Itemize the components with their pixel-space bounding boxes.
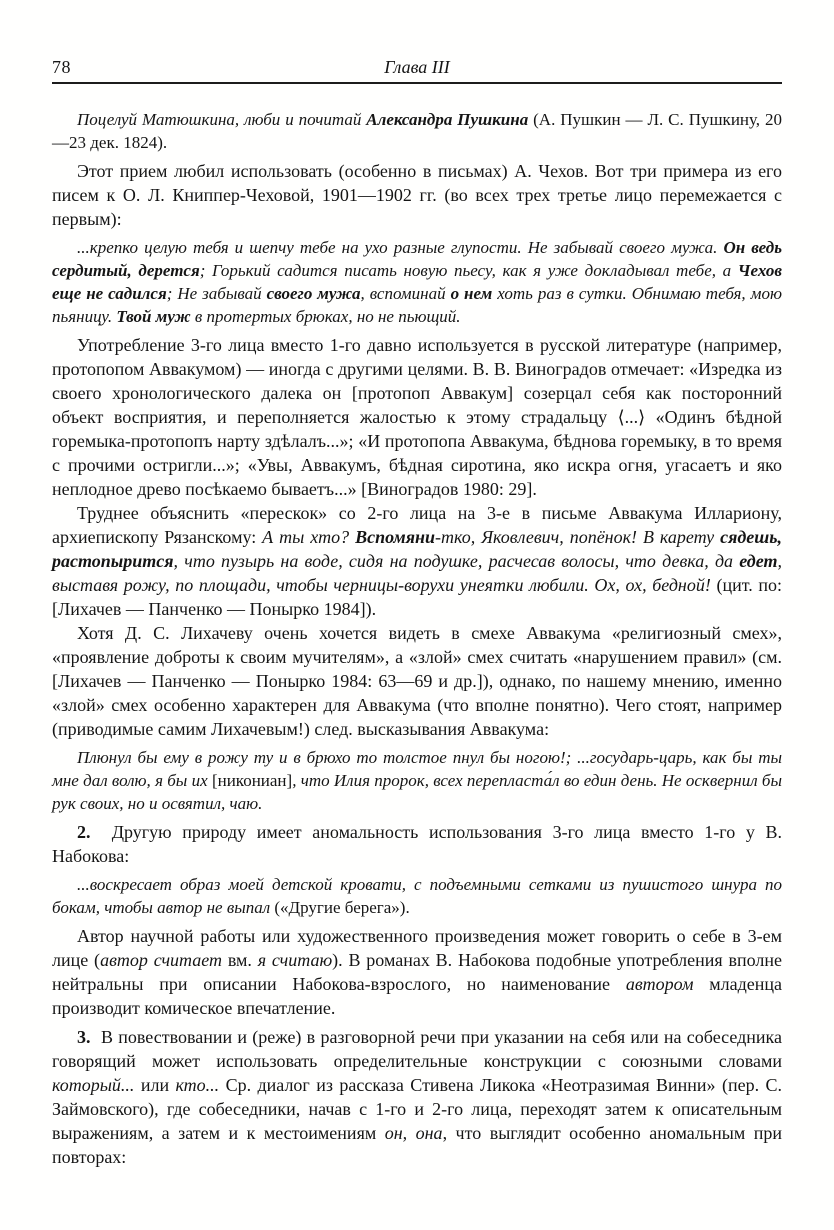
- chapter-title: Глава III: [52, 57, 782, 78]
- text-run: ...крепко целую тебя и шепчу тебе на ухо…: [77, 238, 723, 257]
- text-run: Другую природу имеет аномальность исполь…: [52, 822, 782, 866]
- text-run: Вспомяни: [355, 527, 435, 547]
- text-run: А ты хто?: [262, 527, 355, 547]
- page-body: Поцелуй Матюшкина, люби и почитай Алекса…: [52, 108, 782, 1169]
- text-run: Этот прием любил использовать (особенно …: [52, 161, 782, 229]
- text-run: 3.: [77, 1027, 91, 1047]
- text-run: в протертых брюках, но не пьющий.: [191, 307, 461, 326]
- text-run: автором: [626, 974, 694, 994]
- text-run: едет: [739, 551, 777, 571]
- text-run: Поцелуй Матюшкина, люби и почитай: [77, 110, 366, 129]
- text-run: или: [134, 1075, 175, 1095]
- body-paragraph: 2. Другую природу имеет аномальность исп…: [52, 820, 782, 868]
- body-paragraph: Автор научной работы или художественного…: [52, 924, 782, 1020]
- page-header: 78 Глава III: [52, 60, 782, 84]
- text-run: 2.: [77, 822, 91, 842]
- text-run: -тко, Яковлевич, попёнок! В карету: [435, 527, 720, 547]
- body-paragraph: Труднее объяснить «перескок» со 2-го лиц…: [52, 501, 782, 621]
- text-run: [никониан]: [212, 771, 292, 790]
- text-run: , вспоминай: [361, 284, 451, 303]
- example-quote-paragraph: ...воскресает образ моей детской кровати…: [52, 873, 782, 919]
- body-paragraph: 3. В повествовании и (реже) в разговорно…: [52, 1025, 782, 1169]
- example-quote-paragraph: Поцелуй Матюшкина, люби и почитай Алекса…: [52, 108, 782, 154]
- text-run: ; Горький садится писать новую пьесу, ка…: [200, 261, 738, 280]
- body-paragraph: Употребление 3-го лица вместо 1-го давно…: [52, 333, 782, 501]
- text-run: кто...: [176, 1075, 220, 1095]
- text-run: о нем: [451, 284, 493, 303]
- text-run: В повествовании и (реже) в разговорной р…: [52, 1027, 782, 1071]
- text-run: который...: [52, 1075, 134, 1095]
- body-paragraph: Хотя Д. С. Лихачеву очень хочется видеть…: [52, 621, 782, 741]
- text-run: , что пузырь на воде, сидя на подушке, р…: [174, 551, 740, 571]
- text-run: он, она: [385, 1123, 443, 1143]
- text-run: ; Не забывай: [167, 284, 267, 303]
- text-run: ...воскресает образ моей детской кровати…: [52, 875, 782, 917]
- text-run: я считаю: [258, 950, 332, 970]
- book-page: 78 Глава III Поцелуй Матюшкина, люби и п…: [0, 0, 834, 1230]
- text-run: вм.: [222, 950, 258, 970]
- text-run: Употребление 3-го лица вместо 1-го давно…: [52, 335, 782, 499]
- example-quote-paragraph: Плюнул бы ему в рожу ту и в брюхо то тол…: [52, 746, 782, 815]
- text-run: Твой муж: [116, 307, 190, 326]
- body-paragraph: Этот прием любил использовать (особенно …: [52, 159, 782, 231]
- text-run: («Другие берега»).: [274, 898, 409, 917]
- text-run: Хотя Д. С. Лихачеву очень хочется видеть…: [52, 623, 782, 739]
- text-run: Александра Пушкина: [366, 110, 528, 129]
- text-run: автор считает: [100, 950, 222, 970]
- text-run: своего мужа: [267, 284, 361, 303]
- example-quote-paragraph: ...крепко целую тебя и шепчу тебе на ухо…: [52, 236, 782, 328]
